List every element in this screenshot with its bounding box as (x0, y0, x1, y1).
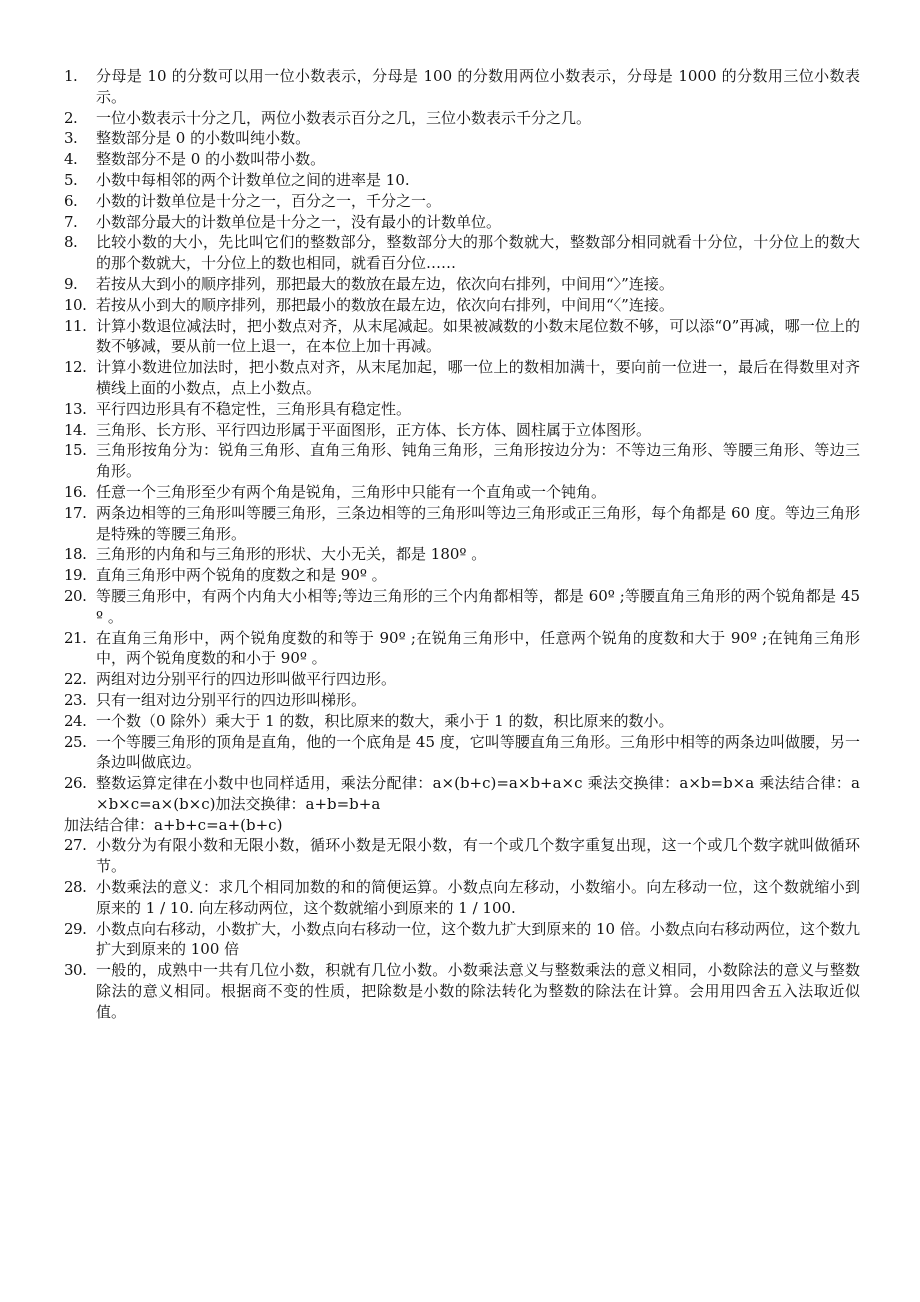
item-text: 等腰三角形中，有两个内角大小相等;等边三角形的三个内角都相等，都是 60º ;等… (96, 586, 860, 628)
list-item-17: 17.两条边相等的三角形叫等腰三角形，三条边相等的三角形叫等边三角形或正三角形，… (64, 503, 860, 545)
item-number: 6. (64, 191, 96, 212)
item-text: 计算小数进位加法时，把小数点对齐，从末尾加起，哪一位上的数相加满十，要向前一位进… (96, 357, 860, 399)
item-number: 22. (64, 669, 96, 690)
list-item-19: 19.直角三角形中两个锐角的度数之和是 90º 。 (64, 565, 860, 586)
list-item-24: 24.一个数（0 除外）乘大于 1 的数，积比原来的数大，乘小于 1 的数，积比… (64, 711, 860, 732)
item-number: 12. (64, 357, 96, 399)
list-item-20: 20.等腰三角形中，有两个内角大小相等;等边三角形的三个内角都相等，都是 60º… (64, 586, 860, 628)
item-number: 18. (64, 544, 96, 565)
list-item-29: 29.小数点向右移动，小数扩大，小数点向右移动一位，这个数九扩大到原来的 10 … (64, 919, 860, 961)
item-number: 24. (64, 711, 96, 732)
item-number: 25. (64, 732, 96, 774)
list-item-22: 22.两组对边分别平行的四边形叫做平行四边形。 (64, 669, 860, 690)
list-item-30: 30.一般的，成熟中一共有几位小数，积就有几位小数。小数乘法意义与整数乘法的意义… (64, 960, 860, 1022)
item-number: 8. (64, 232, 96, 274)
item-number: 21. (64, 628, 96, 670)
list-item-3: 3.整数部分是 0 的小数叫纯小数。 (64, 128, 860, 149)
document-page: 1.分母是 10 的分数可以用一位小数表示，分母是 100 的分数用两位小数表示… (64, 66, 860, 1023)
item-number: 3. (64, 128, 96, 149)
item-number: 14. (64, 420, 96, 441)
item-number: 2. (64, 108, 96, 129)
list-item-2: 2.一位小数表示十分之几，两位小数表示百分之几，三位小数表示千分之几。 (64, 108, 860, 129)
list-item-5: 5.小数中每相邻的两个计数单位之间的进率是 10. (64, 170, 860, 191)
list-item-8: 8.比较小数的大小，先比叫它们的整数部分，整数部分大的那个数就大，整数部分相同就… (64, 232, 860, 274)
list-item-12: 12.计算小数进位加法时，把小数点对齐，从末尾加起，哪一位上的数相加满十，要向前… (64, 357, 860, 399)
item-number: 27. (64, 835, 96, 877)
item-text: 三角形的内角和与三角形的形状、大小无关，都是 180º 。 (96, 544, 860, 565)
item-text: 分母是 10 的分数可以用一位小数表示，分母是 100 的分数用两位小数表示，分… (96, 66, 860, 108)
item-text: 若按从大到小的顺序排列，那把最大的数放在最左边，依次向右排列，中间用“〉”连接。 (96, 274, 860, 295)
item-text: 小数分为有限小数和无限小数，循环小数是无限小数，有一个或几个数字重复出现，这一个… (96, 835, 860, 877)
item-number: 15. (64, 440, 96, 482)
list-item-6: 6.小数的计数单位是十分之一，百分之一，千分之一。 (64, 191, 860, 212)
list-item-7: 7.小数部分最大的计数单位是十分之一，没有最小的计数单位。 (64, 212, 860, 233)
item-text: 比较小数的大小，先比叫它们的整数部分，整数部分大的那个数就大，整数部分相同就看十… (96, 232, 860, 274)
item-number: 29. (64, 919, 96, 961)
item-number: 26. (64, 773, 96, 815)
item-text: 小数中每相邻的两个计数单位之间的进率是 10. (96, 170, 860, 191)
item-text: 小数部分最大的计数单位是十分之一，没有最小的计数单位。 (96, 212, 860, 233)
list-item-13: 13.平行四边形具有不稳定性，三角形具有稳定性。 (64, 399, 860, 420)
item-number: 16. (64, 482, 96, 503)
list-item-4: 4.整数部分不是 0 的小数叫带小数。 (64, 149, 860, 170)
list-item-26: 26.整数运算定律在小数中也同样适用，乘法分配律：a×(b+c)=a×b+a×c… (64, 773, 860, 815)
item-text: 两条边相等的三角形叫等腰三角形，三条边相等的三角形叫等边三角形或正三角形，每个角… (96, 503, 860, 545)
item-text: 一个数（0 除外）乘大于 1 的数，积比原来的数大，乘小于 1 的数，积比原来的… (96, 711, 860, 732)
item-text: 平行四边形具有不稳定性，三角形具有稳定性。 (96, 399, 860, 420)
item-number: 11. (64, 316, 96, 358)
list-item-15: 15.三角形按角分为：锐角三角形、直角三角形、钝角三角形，三角形按边分为：不等边… (64, 440, 860, 482)
item-text: 直角三角形中两个锐角的度数之和是 90º 。 (96, 565, 860, 586)
item-text: 一般的，成熟中一共有几位小数，积就有几位小数。小数乘法意义与整数乘法的意义相同，… (96, 960, 860, 1022)
list-item-23: 23.只有一组对边分别平行的四边形叫梯形。 (64, 690, 860, 711)
list-item-28: 28.小数乘法的意义：求几个相同加数的和的简便运算。小数点向左移动，小数缩小。向… (64, 877, 860, 919)
item-number: 19. (64, 565, 96, 586)
item-text: 计算小数退位减法时，把小数点对齐，从末尾减起。如果被减数的小数末尾位数不够，可以… (96, 316, 860, 358)
item-number: 17. (64, 503, 96, 545)
item-text: 小数乘法的意义：求几个相同加数的和的简便运算。小数点向左移动，小数缩小。向左移动… (96, 877, 860, 919)
list-item-16: 16.任意一个三角形至少有两个角是锐角，三角形中只能有一个直角或一个钝角。 (64, 482, 860, 503)
item-text: 三角形、长方形、平行四边形属于平面图形，正方体、长方体、圆柱属于立体图形。 (96, 420, 860, 441)
item-text: 整数部分不是 0 的小数叫带小数。 (96, 149, 860, 170)
list-item-25: 25.一个等腰三角形的顶角是直角，他的一个底角是 45 度，它叫等腰直角三角形。… (64, 732, 860, 774)
item-text: 小数的计数单位是十分之一，百分之一，千分之一。 (96, 191, 860, 212)
list-item-14: 14.三角形、长方形、平行四边形属于平面图形，正方体、长方体、圆柱属于立体图形。 (64, 420, 860, 441)
item-text: 若按从小到大的顺序排列，那把最小的数放在最左边，依次向右排列，中间用“〈”连接。 (96, 295, 860, 316)
item-text: 两组对边分别平行的四边形叫做平行四边形。 (96, 669, 860, 690)
item-number: 9. (64, 274, 96, 295)
list-item-27: 27.小数分为有限小数和无限小数，循环小数是无限小数，有一个或几个数字重复出现，… (64, 835, 860, 877)
item-text: 一位小数表示十分之几，两位小数表示百分之几，三位小数表示千分之几。 (96, 108, 860, 129)
item-number: 30. (64, 960, 96, 1022)
list-item-1: 1.分母是 10 的分数可以用一位小数表示，分母是 100 的分数用两位小数表示… (64, 66, 860, 108)
addition-associative-law-line: 加法结合律：a+b+c=a+(b+c) (64, 815, 860, 836)
item-text: 三角形按角分为：锐角三角形、直角三角形、钝角三角形，三角形按边分为：不等边三角形… (96, 440, 860, 482)
item-text: 只有一组对边分别平行的四边形叫梯形。 (96, 690, 860, 711)
item-text: 在直角三角形中，两个锐角度数的和等于 90º ;在锐角三角形中，任意两个锐角的度… (96, 628, 860, 670)
item-number: 13. (64, 399, 96, 420)
list-item-11: 11.计算小数退位减法时，把小数点对齐，从末尾减起。如果被减数的小数末尾位数不够… (64, 316, 860, 358)
list-item-18: 18.三角形的内角和与三角形的形状、大小无关，都是 180º 。 (64, 544, 860, 565)
item-text: 一个等腰三角形的顶角是直角，他的一个底角是 45 度，它叫等腰直角三角形。三角形… (96, 732, 860, 774)
item-number: 23. (64, 690, 96, 711)
item-number: 28. (64, 877, 96, 919)
item-number: 7. (64, 212, 96, 233)
list-item-9: 9.若按从大到小的顺序排列，那把最大的数放在最左边，依次向右排列，中间用“〉”连… (64, 274, 860, 295)
item-number: 4. (64, 149, 96, 170)
item-text: 整数运算定律在小数中也同样适用，乘法分配律：a×(b+c)=a×b+a×c 乘法… (96, 773, 860, 815)
item-number: 1. (64, 66, 96, 108)
item-text: 小数点向右移动，小数扩大，小数点向右移动一位，这个数九扩大到原来的 10 倍。小… (96, 919, 860, 961)
item-text: 任意一个三角形至少有两个角是锐角，三角形中只能有一个直角或一个钝角。 (96, 482, 860, 503)
item-number: 10. (64, 295, 96, 316)
list-item-10: 10.若按从小到大的顺序排列，那把最小的数放在最左边，依次向右排列，中间用“〈”… (64, 295, 860, 316)
item-number: 20. (64, 586, 96, 628)
item-text: 整数部分是 0 的小数叫纯小数。 (96, 128, 860, 149)
list-item-21: 21.在直角三角形中，两个锐角度数的和等于 90º ;在锐角三角形中，任意两个锐… (64, 628, 860, 670)
item-number: 5. (64, 170, 96, 191)
